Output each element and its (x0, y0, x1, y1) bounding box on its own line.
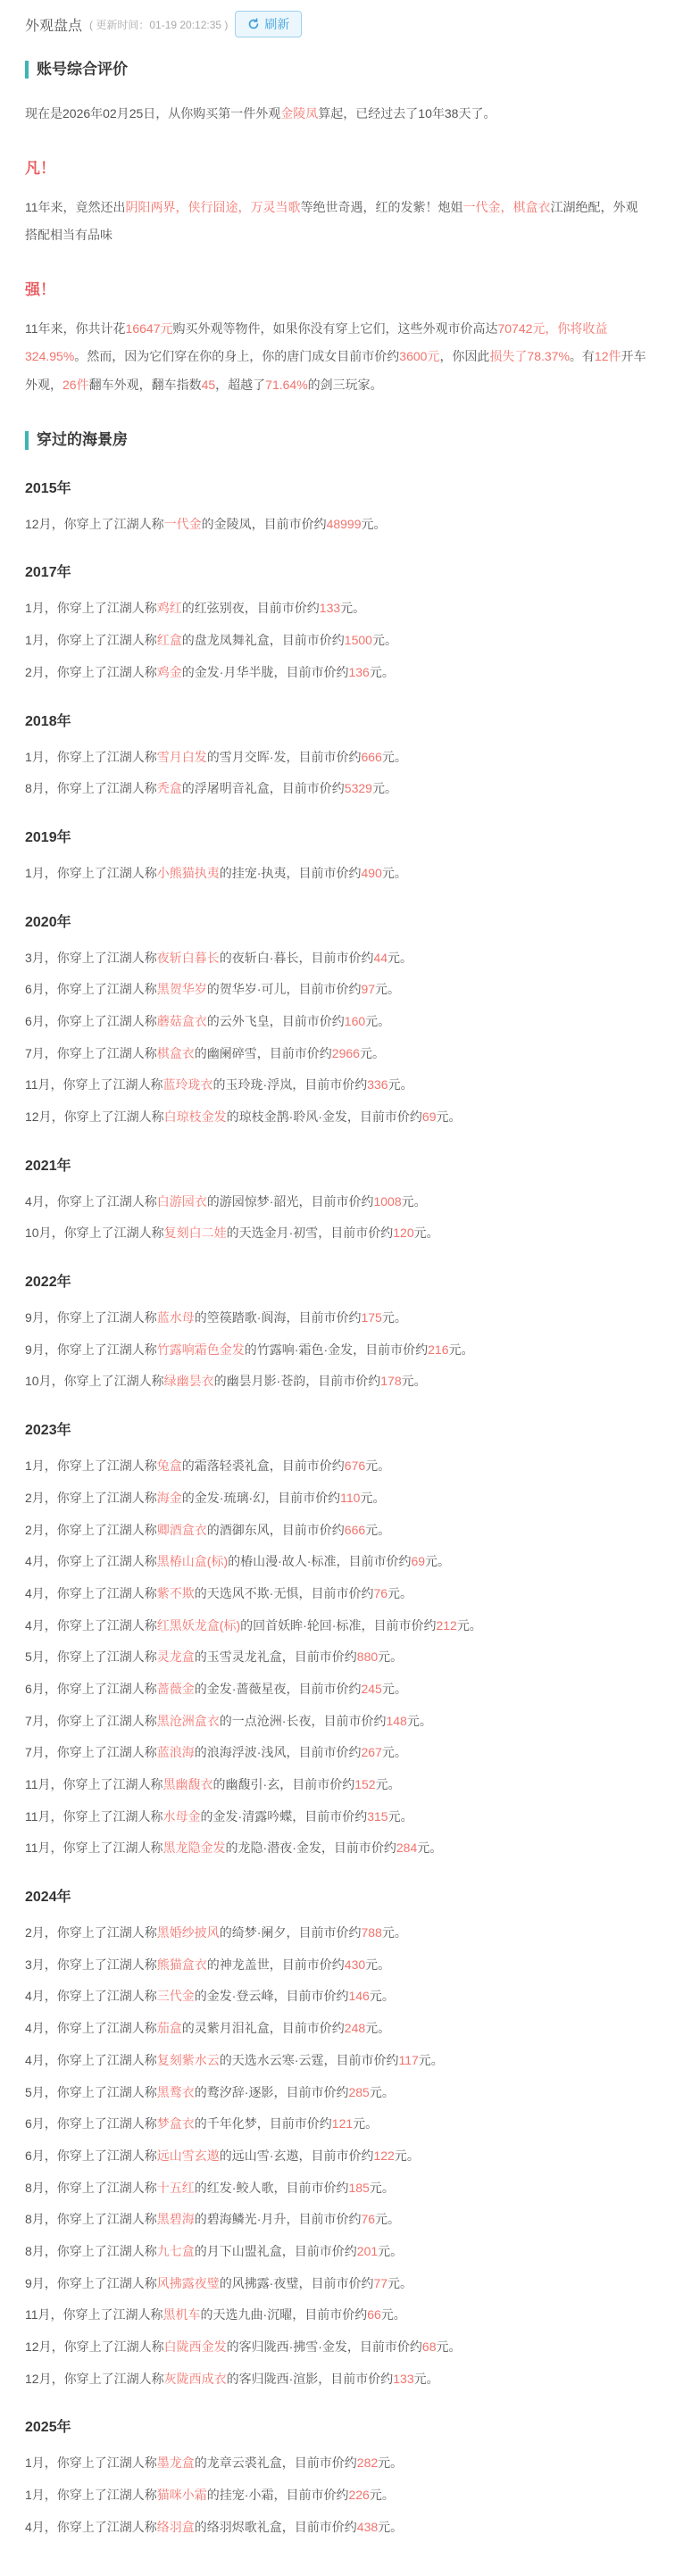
highlight-text: 夜斩白暮长 (157, 951, 220, 965)
highlight-text: 315 (367, 1809, 387, 1824)
highlight-text: 损失了78.37% (489, 349, 569, 363)
plain-text: 元。 (376, 1777, 401, 1791)
highlight-text: 海金 (157, 1491, 182, 1505)
plain-text: 的琼枝金鹊·聆风·金发，目前市价约 (227, 1109, 422, 1124)
highlight-text: 490 (361, 866, 381, 880)
highlight-text: 133 (393, 2372, 413, 2386)
plain-text: 元。 (362, 517, 387, 531)
plain-text: 2月，你穿上了江湖人称 (25, 665, 157, 679)
appearance-report-page: 外观盘点 ( 更新时间：01-19 20:12:35 ) 刷新 账号综合评价 现… (0, 0, 675, 2576)
plain-text: 5月，你穿上了江湖人称 (25, 2085, 157, 2099)
plain-text: 元。 (382, 1745, 407, 1759)
plain-text: 11月，你穿上了江湖人称 (25, 2307, 163, 2322)
plain-text: 元。 (382, 1682, 407, 1696)
plain-text: 元。 (382, 750, 407, 764)
plain-text: 的雪月交晖·发，目前市价约 (207, 750, 362, 764)
highlight-text: 梦盒衣 (157, 2116, 195, 2131)
plain-text: 的浪海浮波·浅风，目前市价约 (195, 1745, 362, 1759)
appearance-item: 11月，你穿上了江湖人称水母金的金发·清露吟蝶，目前市价约315元。 (25, 1807, 650, 1827)
plain-text: 元。 (365, 1523, 390, 1537)
highlight-text: 茄盒 (157, 2021, 182, 2035)
highlight-text: 117 (398, 2053, 418, 2067)
highlight-text: 121 (332, 2116, 353, 2131)
highlight-text: 133 (320, 601, 340, 615)
highlight-text: 黑碧海 (157, 2212, 195, 2226)
plain-text: 的金发·清露吟蝶，目前市价约 (201, 1809, 368, 1824)
plain-text: 元。 (360, 1491, 385, 1505)
highlight-text: 金陵凤 (280, 106, 318, 120)
plain-text: 的龙章云裘礼盒，目前市价约 (195, 2456, 357, 2470)
plain-text: 的鹜汐辞·逐影，目前市价约 (195, 2085, 349, 2099)
plain-text: 的椿山漫·故人·标准，目前市价约 (228, 1554, 411, 1568)
appearance-item: 7月，你穿上了江湖人称蓝浪海的浪海浮波·浅风，目前市价约267元。 (25, 1743, 650, 1763)
highlight-text: 5329 (345, 781, 372, 795)
appearance-item: 1月，你穿上了江湖人称小熊猫执夷的挂宠·执夷，目前市价约490元。 (25, 864, 650, 884)
highlight-text: 蘑菇盒衣 (157, 1014, 207, 1028)
plain-text: 11年来，竟然还出 (25, 200, 126, 214)
plain-text: 元。 (370, 2085, 395, 2099)
plain-text: 的幽昙月影·苍韵，目前市价约 (214, 1374, 381, 1388)
appearance-item: 1月，你穿上了江湖人称兔盒的霜落轻裘礼盒，目前市价约676元。 (25, 1457, 650, 1476)
appearance-item: 4月，你穿上了江湖人称络羽盒的络羽烬歌礼盒，目前市价约438元。 (25, 2518, 650, 2538)
appearance-item: 9月，你穿上了江湖人称风拂露夜璧的风拂露·夜璧，目前市价约77元。 (25, 2274, 650, 2294)
update-time: ( 更新时间：01-19 20:12:35 ) (89, 17, 228, 32)
plain-text: 的月下山盟礼盒，目前市价约 (195, 2244, 357, 2258)
plain-text: 元。 (388, 1809, 413, 1824)
highlight-text: 一代金 (164, 517, 202, 531)
highlight-text: 788 (361, 1925, 381, 1940)
plain-text: 9月，你穿上了江湖人称 (25, 2276, 157, 2290)
appearance-item: 11月，你穿上了江湖人称蓝玲珑衣的玉玲珑·浮岚，目前市价约336元。 (25, 1076, 650, 1095)
plain-text: ，你因此 (439, 349, 489, 363)
plain-text: 2月，你穿上了江湖人称 (25, 1491, 157, 1505)
plain-text: 的客归陇西·拂雪·金发，目前市价约 (227, 2339, 422, 2354)
highlight-text: 68 (422, 2339, 437, 2354)
plain-text: 12月，你穿上了江湖人称 (25, 2372, 164, 2386)
highlight-text: 黑幽馥衣 (163, 1777, 213, 1791)
plain-text: 11月，你穿上了江湖人称 (25, 1841, 163, 1855)
highlight-text: 110 (340, 1491, 360, 1505)
highlight-text: 226 (348, 2488, 369, 2502)
appearance-item: 4月，你穿上了江湖人称复刻紫水云的天选水云寒·云霆，目前市价约117元。 (25, 2051, 650, 2071)
plain-text: 4月，你穿上了江湖人称 (25, 1989, 157, 2003)
appearance-item: 3月，你穿上了江湖人称夜斩白暮长的夜斩白·暮长，目前市价约44元。 (25, 949, 650, 968)
plain-text: 5月，你穿上了江湖人称 (25, 1649, 157, 1664)
highlight-text: 175 (361, 1310, 381, 1325)
appearance-item: 9月，你穿上了江湖人称蓝水母的箜篌踏歌·阆海，目前市价约175元。 (25, 1309, 650, 1328)
appearance-item: 3月，你穿上了江湖人称熊猫盒衣的神龙盖世，目前市价约430元。 (25, 1956, 650, 1975)
appearance-item: 1月，你穿上了江湖人称墨龙盒的龙章云裘礼盒，目前市价约282元。 (25, 2454, 650, 2473)
highlight-text: 146 (348, 1989, 369, 2003)
highlight-text: 黑龙隐金发 (163, 1841, 226, 1855)
plain-text: 7月，你穿上了江湖人称 (25, 1714, 157, 1728)
appearance-item: 11月，你穿上了江湖人称黑机车的天选九曲·沉曜，目前市价约66元。 (25, 2306, 650, 2325)
plain-text: 的碧海鳞光·月升，目前市价约 (195, 2212, 362, 2226)
highlight-text: 秃盒 (157, 781, 182, 795)
appearance-item: 4月，你穿上了江湖人称白游园衣的游园惊梦·韶光，目前市价约1008元。 (25, 1192, 650, 1212)
highlight-text: 880 (357, 1649, 378, 1664)
plain-text: 3月，你穿上了江湖人称 (25, 1957, 157, 1972)
appearance-item: 4月，你穿上了江湖人称红黑妖龙盒(标)的回首妖眸·轮回·标准，目前市价约212元… (25, 1616, 650, 1636)
plain-text: 1月，你穿上了江湖人称 (25, 750, 157, 764)
plain-text: 7月，你穿上了江湖人称 (25, 1745, 157, 1759)
highlight-text: 122 (373, 2148, 394, 2163)
highlight-text: 白游园衣 (157, 1194, 207, 1209)
plain-text: 的玉玲珑·浮岚，目前市价约 (213, 1077, 368, 1092)
grade-qiang-paragraph: 11年来，你共计花16647元购买外观等物件，如果你没有穿上它们，这些外观市价高… (25, 315, 650, 400)
plain-text: 4月，你穿上了江湖人称 (25, 2021, 157, 2035)
plain-text: 的天选风不欺·无惧，目前市价约 (195, 1586, 374, 1600)
highlight-text: 白陇西金发 (164, 2339, 227, 2354)
plain-text: 2月，你穿上了江湖人称 (25, 1925, 157, 1940)
highlight-text: 1008 (373, 1194, 401, 1209)
appearance-item: 1月，你穿上了江湖人称红盒的盘龙凤舞礼盒，目前市价约1500元。 (25, 631, 650, 651)
highlight-text: 2966 (332, 1046, 360, 1060)
year-heading: 2019年 (25, 826, 650, 846)
highlight-text: 复刻紫水云 (157, 2053, 220, 2067)
highlight-text: 一代金，棋盒衣 (463, 200, 551, 214)
appearance-item: 6月，你穿上了江湖人称黑贺华岁的贺华岁·可儿，目前市价约97元。 (25, 980, 650, 1000)
plain-text: 的玉雪灵龙礼盒，目前市价约 (195, 1649, 357, 1664)
plain-text: 的千年化梦，目前市价约 (195, 2116, 332, 2131)
plain-text: 元。 (365, 1458, 390, 1473)
highlight-text: 黑机车 (163, 2307, 201, 2322)
plain-text: 的金发·月华半胧，目前市价约 (182, 665, 349, 679)
appearance-item: 5月，你穿上了江湖人称灵龙盒的玉雪灵龙礼盒，目前市价约880元。 (25, 1648, 650, 1667)
appearance-item: 12月，你穿上了江湖人称白陇西金发的客归陇西·拂雪·金发，目前市价约68元。 (25, 2338, 650, 2357)
appearance-item: 12月，你穿上了江湖人称灰陇西成衣的客归陇西·渲影，目前市价约133元。 (25, 2370, 650, 2389)
appearance-item: 11月，你穿上了江湖人称黑幽馥衣的幽馥引·玄，目前市价约152元。 (25, 1775, 650, 1795)
plain-text: 6月，你穿上了江湖人称 (25, 982, 157, 996)
highlight-text: 黑沧洲盒衣 (157, 1714, 220, 1728)
plain-text: 元。 (370, 2181, 395, 2195)
appearance-item: 5月，你穿上了江湖人称黑鹜衣的鹜汐辞·逐影，目前市价约285元。 (25, 2083, 650, 2103)
plain-text: 算起，已经过去了10年38天了。 (318, 106, 496, 120)
plain-text: 1月，你穿上了江湖人称 (25, 1458, 157, 1473)
highlight-text: 复刻白二娃 (164, 1226, 227, 1240)
highlight-text: 216 (428, 1342, 448, 1357)
plain-text: 12月，你穿上了江湖人称 (25, 1109, 164, 1124)
year-heading: 2015年 (25, 477, 650, 497)
plain-text: 翻车外观，翻车指数 (89, 378, 202, 392)
plain-text: 元。 (378, 2456, 403, 2470)
plain-text: 2月，你穿上了江湖人称 (25, 1523, 157, 1537)
highlight-text: 猫咪小霜 (157, 2488, 207, 2502)
section-title-worn-history: 穿过的海景房 (25, 431, 650, 449)
highlight-text: 兔盒 (157, 1458, 182, 1473)
highlight-text: 小熊猫执夷 (157, 866, 220, 880)
highlight-text: 48999 (327, 517, 362, 531)
plain-text: 的挂宠·小霜，目前市价约 (207, 2488, 349, 2502)
plain-text: 的幽阑碎雪，目前市价约 (195, 1046, 332, 1060)
plain-text: 元。 (382, 866, 407, 880)
highlight-text: 竹露响霜色金发 (157, 1342, 245, 1357)
plain-text: 元。 (353, 2116, 378, 2131)
plain-text: 1月，你穿上了江湖人称 (25, 2488, 157, 2502)
highlight-text: 墨龙盒 (157, 2456, 195, 2470)
plain-text: 元。 (382, 1310, 407, 1325)
plain-text: 元。 (387, 2276, 412, 2290)
highlight-text: 66 (367, 2307, 381, 2322)
page-title: 外观盘点 (25, 14, 82, 35)
plain-text: 3月，你穿上了江湖人称 (25, 951, 157, 965)
year-heading: 2017年 (25, 561, 650, 581)
plain-text: 的神龙盖世，目前市价约 (207, 1957, 345, 1972)
highlight-text: 77 (373, 2276, 387, 2290)
year-heading: 2020年 (25, 910, 650, 931)
plain-text: 4月，你穿上了江湖人称 (25, 2053, 157, 2067)
plain-text: 11月，你穿上了江湖人称 (25, 1077, 163, 1092)
plain-text: 9月，你穿上了江湖人称 (25, 1342, 157, 1357)
plain-text: 元。 (448, 1342, 473, 1357)
grade-qiang-heading: 强！ (25, 277, 650, 299)
plain-text: 元。 (375, 982, 400, 996)
plain-text: 元。 (402, 1374, 427, 1388)
plain-text: 元。 (370, 665, 395, 679)
plain-text: 元。 (388, 1077, 413, 1092)
plain-text: 的金发·登云峰，目前市价约 (195, 1989, 349, 2003)
plain-text: 的挂宠·执夷，目前市价约 (220, 866, 362, 880)
appearance-item: 7月，你穿上了江湖人称黑沧洲盒衣的一点沧洲·长夜，目前市价约148元。 (25, 1712, 650, 1732)
plain-text: 元。 (365, 2021, 390, 2035)
highlight-text: 666 (361, 750, 381, 764)
plain-text: 。有 (570, 349, 595, 363)
refresh-icon (247, 18, 260, 30)
highlight-text: 160 (345, 1014, 365, 1028)
plain-text: 7月，你穿上了江湖人称 (25, 1046, 157, 1060)
highlight-text: 风拂露夜璧 (157, 2276, 220, 2290)
appearance-item: 10月，你穿上了江湖人称绿幽昙衣的幽昙月影·苍韵，目前市价约178元。 (25, 1372, 650, 1392)
plain-text: 的云外飞皇，目前市价约 (207, 1014, 345, 1028)
plain-text: 的夜斩白·暮长，目前市价约 (220, 951, 374, 965)
highlight-text: 336 (367, 1077, 387, 1092)
plain-text: 元。 (436, 2339, 461, 2354)
refresh-button[interactable]: 刷新 (235, 11, 302, 37)
plain-text: 元。 (387, 951, 412, 965)
highlight-text: 蔷薇金 (157, 1682, 195, 1696)
plain-text: 元。 (378, 2520, 403, 2534)
highlight-text: 120 (393, 1226, 413, 1240)
plain-text: 6月，你穿上了江湖人称 (25, 2148, 157, 2163)
plain-text: 元。 (372, 633, 397, 647)
highlight-text: 灵龙盒 (157, 1649, 195, 1664)
appearance-item: 8月，你穿上了江湖人称十五红的红发·鲛人歌，目前市价约185元。 (25, 2179, 650, 2198)
plain-text: 的金发·蔷薇星夜，目前市价约 (195, 1682, 362, 1696)
highlight-text: 282 (357, 2456, 378, 2470)
grade-fan-paragraph: 11年来，竟然还出阴阳两界，侠行囧途，万灵当歌等绝世奇遇，红的发紫！炮姐一代金，… (25, 194, 650, 250)
plain-text: 12月，你穿上了江湖人称 (25, 517, 164, 531)
highlight-text: 绿幽昙衣 (164, 1374, 214, 1388)
plain-text: 8月，你穿上了江湖人称 (25, 781, 157, 795)
highlight-text: 蓝水母 (157, 1310, 195, 1325)
plain-text: 元。 (365, 1014, 390, 1028)
highlight-text: 45 (202, 378, 216, 392)
appearance-item: 2月，你穿上了江湖人称海金的金发·琉璃·幻，目前市价约110元。 (25, 1489, 650, 1508)
highlight-text: 12件 (595, 349, 621, 363)
highlight-text: 黑椿山盒(标) (157, 1554, 228, 1568)
plain-text: 11月，你穿上了江湖人称 (25, 1809, 163, 1824)
highlight-text: 430 (345, 1957, 365, 1972)
highlight-text: 44 (373, 951, 387, 965)
plain-text: 元。 (378, 2244, 403, 2258)
plain-text: 的箜篌踏歌·阆海，目前市价约 (195, 1310, 362, 1325)
plain-text: 的盘龙凤舞礼盒，目前市价约 (182, 633, 345, 647)
highlight-text: 黑鹜衣 (157, 2085, 195, 2099)
highlight-text: 248 (345, 2021, 365, 2035)
appearance-item: 9月，你穿上了江湖人称竹露响霜色金发的竹露响·霜色·金发，目前市价约216元。 (25, 1341, 650, 1360)
plain-text: 1月，你穿上了江湖人称 (25, 633, 157, 647)
plain-text: 元。 (382, 1925, 407, 1940)
plain-text: 。然而，因为它们穿在你的身上，你的唐门成女目前市价约 (74, 349, 399, 363)
plain-text: 12月，你穿上了江湖人称 (25, 2339, 164, 2354)
year-heading: 2023年 (25, 1418, 650, 1439)
appearance-item: 12月，你穿上了江湖人称一代金的金陵凤，目前市价约48999元。 (25, 515, 650, 535)
appearance-item: 4月，你穿上了江湖人称紫不欺的天选风不欺·无惧，目前市价约76元。 (25, 1584, 650, 1604)
plain-text: 现在是2026年02月25日，从你购买第一件外观 (25, 106, 280, 120)
highlight-text: 雪月白发 (157, 750, 207, 764)
highlight-text: 白琼枝金发 (164, 1109, 227, 1124)
appearance-item: 6月，你穿上了江湖人称蔷薇金的金发·蔷薇星夜，目前市价约245元。 (25, 1680, 650, 1699)
highlight-text: 69 (411, 1554, 425, 1568)
plain-text: 元。 (419, 2053, 444, 2067)
plain-text: 元。 (407, 1714, 432, 1728)
plain-text: 1月，你穿上了江湖人称 (25, 866, 157, 880)
highlight-text: 152 (354, 1777, 375, 1791)
plain-text: 的贺华岁·可儿，目前市价约 (207, 982, 362, 996)
highlight-text: 76 (373, 1586, 387, 1600)
section-title-account-evaluation: 账号综合评价 (25, 61, 650, 79)
plain-text: 11年来，你共计花 (25, 321, 126, 336)
plain-text: 元。 (387, 1586, 412, 1600)
plain-text: 11月，你穿上了江湖人称 (25, 1777, 163, 1791)
plain-text: 8月，你穿上了江湖人称 (25, 2212, 157, 2226)
highlight-text: 212 (436, 1618, 456, 1633)
plain-text: 元。 (370, 1989, 395, 2003)
plain-text: 的红发·鲛人歌，目前市价约 (195, 2181, 349, 2195)
highlight-text: 蓝浪海 (157, 1745, 195, 1759)
appearance-item: 2月，你穿上了江湖人称卿酒盒衣的酒御东风，目前市价约666元。 (25, 1521, 650, 1541)
highlight-text: 远山雪玄遨 (157, 2148, 220, 2163)
plain-text: 的络羽烬歌礼盒，目前市价约 (195, 2520, 357, 2534)
year-heading: 2025年 (25, 2415, 650, 2436)
highlight-text: 灰陇西成衣 (164, 2372, 227, 2386)
appearance-item: 11月，你穿上了江湖人称黑龙隐金发的龙隐·潜夜·金发，目前市价约284元。 (25, 1839, 650, 1858)
plain-text: 的酒御东风，目前市价约 (207, 1523, 345, 1537)
plain-text: 元。 (365, 1957, 390, 1972)
plain-text: 的天选金月·初雪，目前市价约 (227, 1226, 394, 1240)
plain-text: 元。 (414, 2372, 439, 2386)
appearance-item: 2月，你穿上了江湖人称黑婚纱披风的绮梦·阑夕，目前市价约788元。 (25, 1924, 650, 1943)
plain-text: 的红弦别夜，目前市价约 (182, 601, 320, 615)
plain-text: ，超越了 (215, 378, 265, 392)
highlight-text: 3600元 (399, 349, 439, 363)
plain-text: 1月，你穿上了江湖人称 (25, 601, 157, 615)
appearance-item: 4月，你穿上了江湖人称黑椿山盒(标)的椿山漫·故人·标准，目前市价约69元。 (25, 1552, 650, 1572)
highlight-text: 148 (386, 1714, 406, 1728)
plain-text: 元。 (457, 1618, 482, 1633)
year-heading: 2024年 (25, 1885, 650, 1906)
plain-text: 的远山雪·玄遨，目前市价约 (220, 2148, 374, 2163)
highlight-text: 76 (361, 2212, 375, 2226)
highlight-text: 紫不欺 (157, 1586, 195, 1600)
appearance-item: 2月，你穿上了江湖人称鸡金的金发·月华半胧，目前市价约136元。 (25, 663, 650, 683)
highlight-text: 136 (348, 665, 369, 679)
plain-text: 的灵紫月泪礼盒，目前市价约 (182, 2021, 345, 2035)
plain-text: 4月，你穿上了江湖人称 (25, 1554, 157, 1568)
plain-text: 的金陵凤，目前市价约 (202, 517, 327, 531)
plain-text: 的金发·琉璃·幻，目前市价约 (182, 1491, 340, 1505)
plain-text: 元。 (340, 601, 365, 615)
plain-text: 4月，你穿上了江湖人称 (25, 1194, 157, 1209)
plain-text: 的剑三玩家。 (308, 378, 383, 392)
highlight-text: 178 (380, 1374, 401, 1388)
highlight-text: 鸡金 (157, 665, 182, 679)
plain-text: 的霜落轻裘礼盒，目前市价约 (182, 1458, 345, 1473)
appearance-item: 8月，你穿上了江湖人称秃盒的浮屠明音礼盒，目前市价约5329元。 (25, 779, 650, 799)
appearance-item: 1月，你穿上了江湖人称鸡红的红弦别夜，目前市价约133元。 (25, 599, 650, 619)
appearance-item: 8月，你穿上了江湖人称黑碧海的碧海鳞光·月升，目前市价约76元。 (25, 2210, 650, 2230)
highlight-text: 蓝玲珑衣 (163, 1077, 213, 1092)
highlight-text: 三代金 (157, 1989, 195, 2003)
plain-text: 10月，你穿上了江湖人称 (25, 1374, 164, 1388)
highlight-text: 97 (361, 982, 375, 996)
plain-text: 6月，你穿上了江湖人称 (25, 1682, 157, 1696)
plain-text: 4月，你穿上了江湖人称 (25, 1586, 157, 1600)
plain-text: 4月，你穿上了江湖人称 (25, 2520, 157, 2534)
plain-text: 购买外观等物件，如果你没有穿上它们，这些外观市价高达 (172, 321, 497, 336)
highlight-text: 九七盒 (157, 2244, 195, 2258)
appearance-item: 12月，你穿上了江湖人称白琼枝金发的琼枝金鹊·聆风·金发，目前市价约69元。 (25, 1108, 650, 1127)
plain-text: 的幽馥引·玄，目前市价约 (213, 1777, 355, 1791)
highlight-text: 阴阳两界，侠行囧途，万灵当歌 (126, 200, 301, 214)
highlight-text: 245 (361, 1682, 381, 1696)
year-heading: 2018年 (25, 710, 650, 730)
page-header: 外观盘点 ( 更新时间：01-19 20:12:35 ) 刷新 (25, 11, 650, 37)
appearance-item: 8月，你穿上了江湖人称九七盒的月下山盟礼盒，目前市价约201元。 (25, 2242, 650, 2262)
appearance-item: 7月，你穿上了江湖人称棋盒衣的幽阑碎雪，目前市价约2966元。 (25, 1044, 650, 1064)
plain-text: 1月，你穿上了江湖人称 (25, 2456, 157, 2470)
plain-text: 元。 (425, 1554, 450, 1568)
history-list: 2015年12月，你穿上了江湖人称一代金的金陵凤，目前市价约48999元。201… (25, 477, 650, 2538)
highlight-text: 鸡红 (157, 601, 182, 615)
plain-text: 10月，你穿上了江湖人称 (25, 1226, 164, 1240)
highlight-text: 黑婚纱披风 (157, 1925, 220, 1940)
appearance-item: 4月，你穿上了江湖人称三代金的金发·登云峰，目前市价约146元。 (25, 1987, 650, 2007)
highlight-text: 676 (345, 1458, 365, 1473)
plain-text: 9月，你穿上了江湖人称 (25, 1310, 157, 1325)
plain-text: 的天选水云寒·云霆，目前市价约 (220, 2053, 399, 2067)
highlight-text: 棋盒衣 (157, 1046, 195, 1060)
appearance-item: 6月，你穿上了江湖人称远山雪玄遨的远山雪·玄遨，目前市价约122元。 (25, 2147, 650, 2166)
highlight-text: 黑贺华岁 (157, 982, 207, 996)
appearance-item: 1月，你穿上了江湖人称雪月白发的雪月交晖·发，目前市价约666元。 (25, 748, 650, 768)
plain-text: 元。 (372, 781, 397, 795)
plain-text: 的风拂露·夜璧，目前市价约 (220, 2276, 374, 2290)
year-heading: 2022年 (25, 1270, 650, 1291)
plain-text: 等绝世奇遇，红的发紫！炮姐 (301, 200, 463, 214)
appearance-item: 4月，你穿上了江湖人称茄盒的灵紫月泪礼盒，目前市价约248元。 (25, 2019, 650, 2039)
highlight-text: 红盒 (157, 633, 182, 647)
highlight-text: 185 (348, 2181, 369, 2195)
appearance-item: 10月，你穿上了江湖人称复刻白二娃的天选金月·初雪，目前市价约120元。 (25, 1224, 650, 1243)
refresh-label: 刷新 (264, 15, 289, 33)
highlight-text: 666 (345, 1523, 365, 1537)
plain-text: 元。 (370, 2488, 395, 2502)
plain-text: 的游园惊梦·韶光，目前市价约 (207, 1194, 374, 1209)
plain-text: 元。 (375, 2212, 400, 2226)
highlight-text: 267 (361, 1745, 381, 1759)
appearance-item: 6月，你穿上了江湖人称蘑菇盒衣的云外飞皇，目前市价约160元。 (25, 1012, 650, 1032)
